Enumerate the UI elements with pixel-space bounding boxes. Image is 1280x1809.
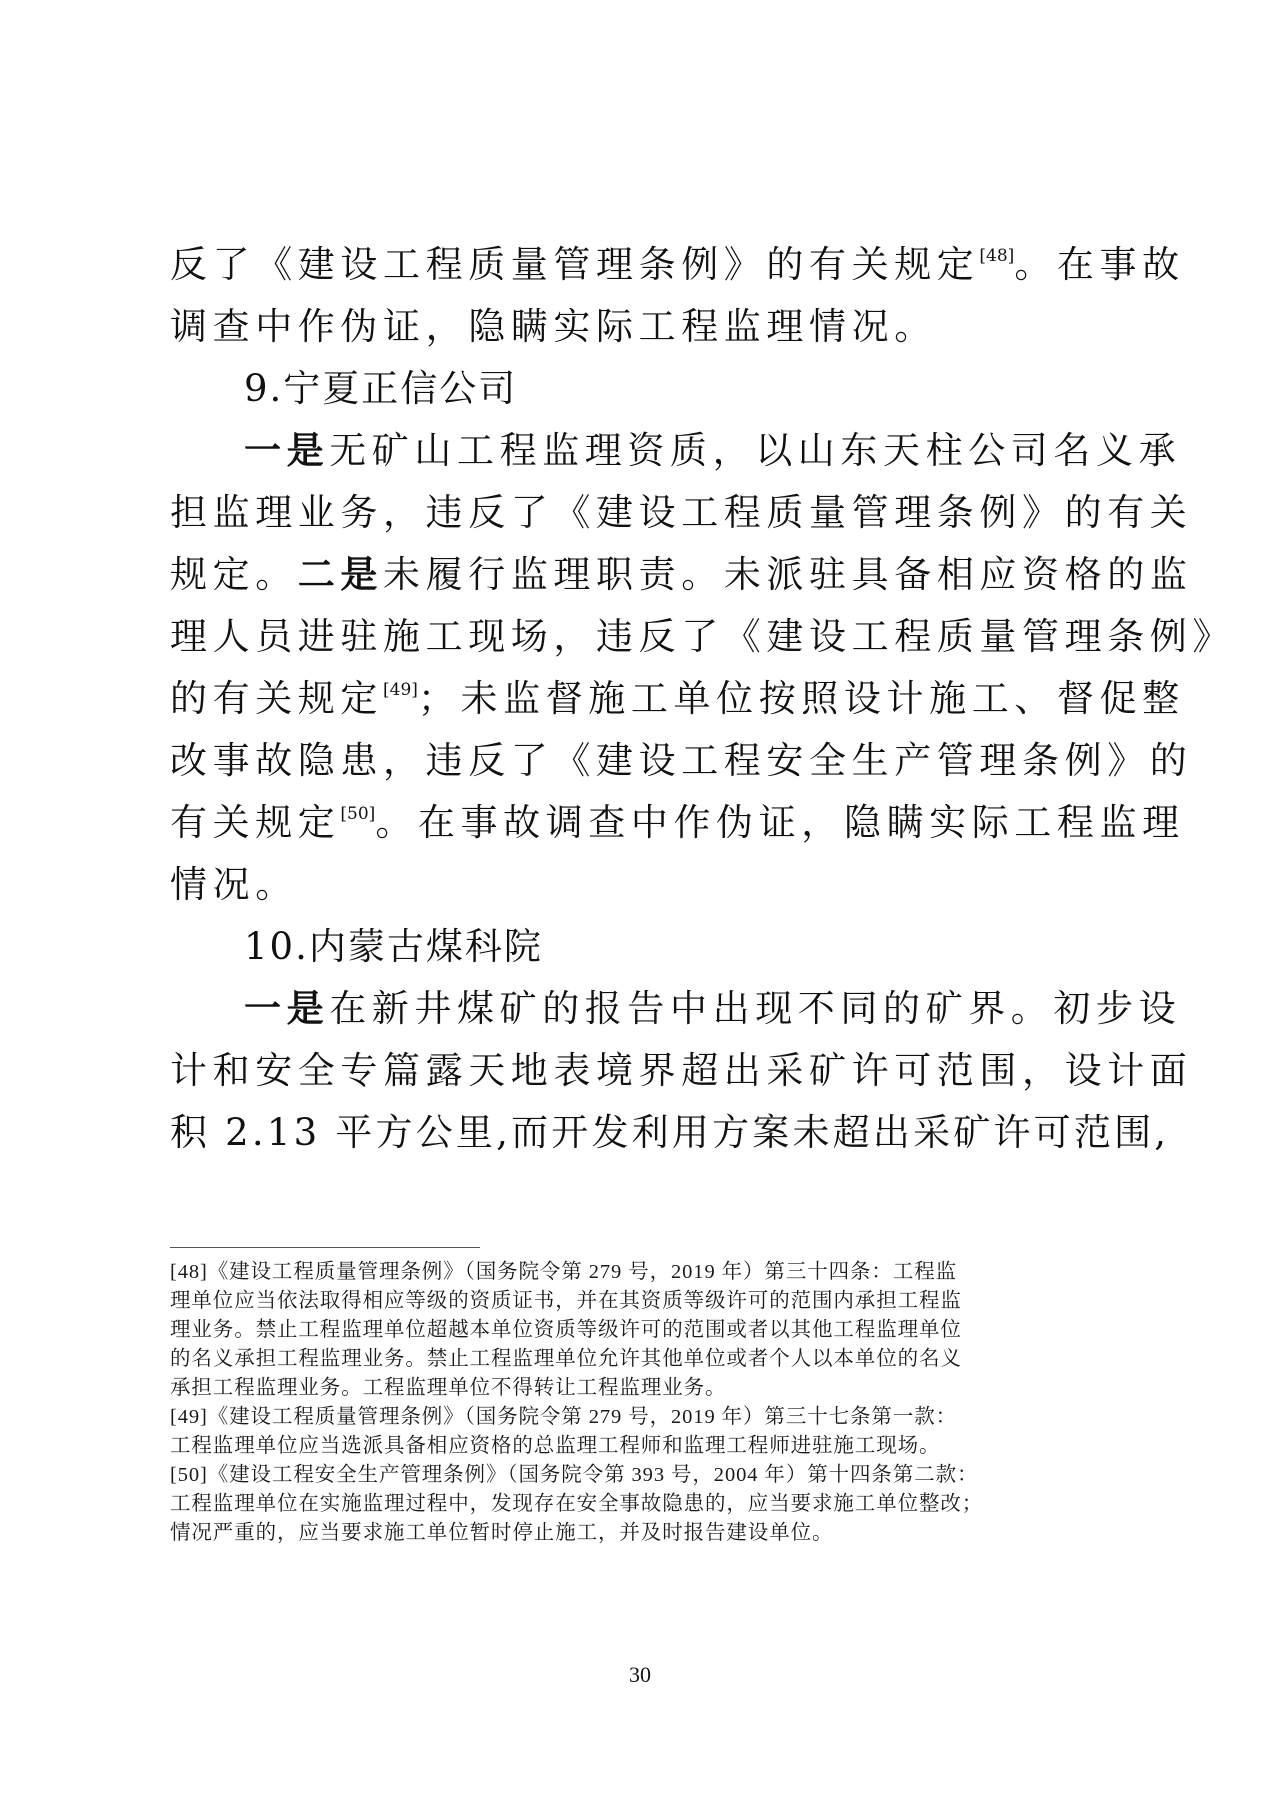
footnote-48-line: 的名义承担工程监理业务。禁止工程监理单位允许其他单位或者个人以本单位的名义 [170, 1345, 1130, 1374]
text-run: 。在事故 [1014, 243, 1184, 286]
text-run: 有关规定 [170, 801, 340, 844]
body-line: 一是无矿山工程监理资质，以山东天柱公司名义承 [170, 420, 1130, 482]
footnote-49-line: [49]《建设工程质量管理条例》（国务院令第 279 号，2019 年）第三十七… [170, 1403, 1130, 1432]
heading-text: 9.宁夏正信公司 [244, 367, 517, 410]
body-line: 反了《建设工程质量管理条例》的有关规定[48]。在事故 [170, 234, 1130, 296]
bold-lead: 一是 [244, 987, 329, 1030]
footnote-49-line: 工程监理单位应当选派具备相应资格的总监理工程师和监理工程师进驻施工现场。 [170, 1432, 1130, 1461]
page-number: 30 [0, 1662, 1280, 1688]
text-run: 改事故隐患，违反了《建设工程安全生产管理条例》的 [170, 739, 1192, 782]
text-run: 调查中作伪证，隐瞒实际工程监理情况。 [170, 305, 937, 348]
text-run: 积 2.13 平方公里,而开发利用方案未超出采矿许可范围, [170, 1111, 1169, 1154]
body-line: 理人员进驻施工现场，违反了《建设工程质量管理条例》 [170, 606, 1130, 668]
footnote-50-line: 工程监理单位在实施监理过程中，发现存在安全事故隐患的，应当要求施工单位整改； [170, 1490, 1130, 1519]
footnote-ref-48[interactable]: [48] [979, 246, 1014, 266]
section-heading-ningxia-zhengxin: 9.宁夏正信公司 [170, 358, 1130, 420]
heading-text: 10.内蒙古煤科院 [244, 925, 543, 968]
text-run: 计和安全专篇露天地表境界超出采矿许可范围，设计面 [170, 1049, 1192, 1092]
footnote-50-line: [50]《建设工程安全生产管理条例》（国务院令第 393 号，2004 年）第十… [170, 1461, 1130, 1490]
body-line: 积 2.13 平方公里,而开发利用方案未超出采矿许可范围, [170, 1102, 1130, 1164]
text-run: 未履行监理职责。未派驻具备相应资格的监 [383, 553, 1192, 596]
text-run: 反了《建设工程质量管理条例》的有关规定 [170, 243, 979, 286]
text-run: 的有关规定 [170, 677, 383, 720]
text-run: 担监理业务，违反了《建设工程质量管理条例》的有关 [170, 491, 1192, 534]
document-page: 反了《建设工程质量管理条例》的有关规定[48]。在事故 调查中作伪证，隐瞒实际工… [0, 0, 1280, 1809]
footnote-separator [170, 1247, 480, 1248]
text-run: 无矿山工程监理资质，以山东天柱公司名义承 [329, 429, 1181, 472]
body-line: 调查中作伪证，隐瞒实际工程监理情况。 [170, 296, 1130, 358]
body-line: 计和安全专篇露天地表境界超出采矿许可范围，设计面 [170, 1040, 1130, 1102]
text-run: 在新井煤矿的报告中出现不同的矿界。初步设 [329, 987, 1181, 1030]
body-text: 反了《建设工程质量管理条例》的有关规定[48]。在事故 调查中作伪证，隐瞒实际工… [170, 234, 1130, 1164]
footnote-48-line: 理业务。禁止工程监理单位超越本单位资质等级许可的范围或者以其他工程监理单位 [170, 1316, 1130, 1345]
body-line: 一是在新井煤矿的报告中出现不同的矿界。初步设 [170, 978, 1130, 1040]
text-run: 理人员进驻施工现场，违反了《建设工程质量管理条例》 [170, 615, 1235, 658]
body-line: 情况。 [170, 854, 1130, 916]
text-run: 。在事故调查中作伪证，隐瞒实际工程监理 [375, 801, 1184, 844]
footnote-48-line: 承担工程监理业务。工程监理单位不得转让工程监理业务。 [170, 1374, 1130, 1403]
body-line: 有关规定[50]。在事故调查中作伪证，隐瞒实际工程监理 [170, 792, 1130, 854]
footnote-ref-50[interactable]: [50] [340, 804, 375, 824]
text-run: 情况。 [170, 863, 298, 906]
footnotes: [48]《建设工程质量管理条例》（国务院令第 279 号，2019 年）第三十四… [170, 1258, 1130, 1548]
body-line: 担监理业务，违反了《建设工程质量管理条例》的有关 [170, 482, 1130, 544]
bold-lead: 一是 [244, 429, 329, 472]
section-heading-inner-mongolia-coal-institute: 10.内蒙古煤科院 [170, 916, 1130, 978]
footnote-ref-49[interactable]: [49] [383, 680, 418, 700]
footnote-48-line: 理单位应当依法取得相应等级的资质证书，并在其资质等级许可的范围内承担工程监 [170, 1287, 1130, 1316]
text-run: 规定。 [170, 553, 298, 596]
body-line: 改事故隐患，违反了《建设工程安全生产管理条例》的 [170, 730, 1130, 792]
text-run: ；未监督施工单位按照设计施工、督促整 [418, 677, 1185, 720]
body-line: 的有关规定[49]；未监督施工单位按照设计施工、督促整 [170, 668, 1130, 730]
body-line: 规定。二是未履行监理职责。未派驻具备相应资格的监 [170, 544, 1130, 606]
footnote-50-line: 情况严重的，应当要求施工单位暂时停止施工，并及时报告建设单位。 [170, 1519, 1130, 1548]
bold-lead: 二是 [298, 553, 383, 596]
footnote-48-line: [48]《建设工程质量管理条例》（国务院令第 279 号，2019 年）第三十四… [170, 1258, 1130, 1287]
